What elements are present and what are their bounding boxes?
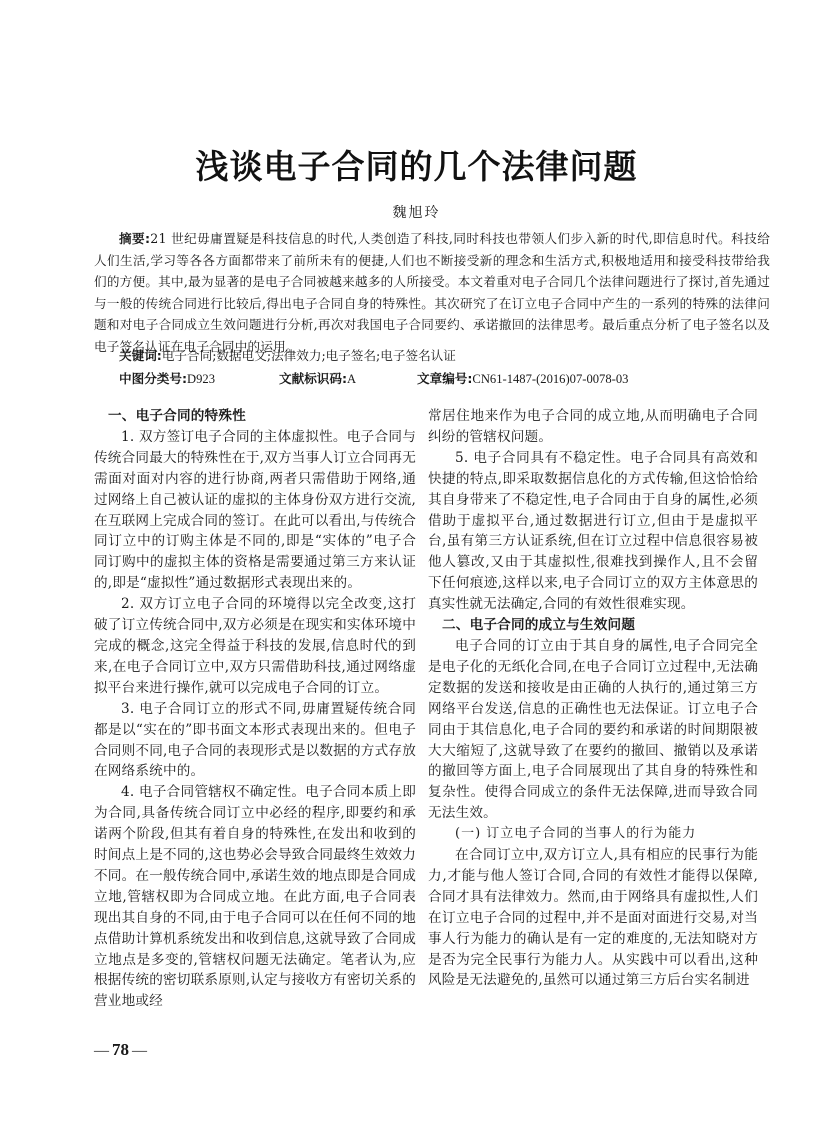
clc-number: 中图分类号:D923 (119, 369, 279, 389)
paragraph: 4. 电子合同管辖权不确定性。电子合同本质上即为合同,具备传统合同订立中必经的程… (94, 782, 416, 1012)
page-number: —78— (94, 1040, 147, 1060)
document-code: 文献标识码:A (279, 369, 417, 389)
subsection-heading: (一) 订立电子合同的当事人的行为能力 (428, 824, 758, 845)
paragraph: 电子合同的订立由于其自身的属性,电子合同完全是电子化的无纸化合同,在电子合同订立… (428, 636, 758, 824)
abstract: 摘要:21 世纪毋庸置疑是科技信息的时代,人类创造了科技,同时科技也带领人们步入… (94, 228, 770, 357)
keywords-label: 关键词: (119, 348, 162, 363)
paragraph: 3. 电子合同订立的形式不同,毋庸置疑传统合同都是以“实在的”即书面文本形式表现… (94, 699, 416, 783)
paragraph: 1. 双方签订电子合同的主体虚拟性。电子合同与传统合同最大的特殊性在于,双方当事… (94, 427, 416, 594)
article-title: 浅谈电子合同的几个法律问题 (0, 141, 833, 188)
right-column: 常居住地来作为电子合同的成立地,从而明确电子合同纠纷的管辖权问题。 5. 电子合… (428, 406, 758, 991)
section-heading-1: 一、电子合同的特殊性 (94, 406, 416, 427)
keywords-text: 电子合同;数据电文;法律效力;电子签名;电子签名认证 (162, 348, 456, 363)
abstract-label: 摘要: (119, 231, 150, 246)
section-heading-2: 二、电子合同的成立与生效问题 (428, 615, 758, 636)
classification-line: 中图分类号:D923 文献标识码:A 文章编号:CN61-1487-(2016)… (119, 369, 769, 389)
paragraph: 5. 电子合同具有不稳定性。电子合同具有高效和快捷的特点,即采取数据信息化的方式… (428, 448, 758, 615)
paragraph: 2. 双方订立电子合同的环境得以完全改变,这打破了订立传统合同中,双方必须是在现… (94, 594, 416, 699)
paragraph: 在合同订立中,双方订立人,具有相应的民事行为能力,才能与他人签订合同,合同的有效… (428, 845, 758, 991)
abstract-text: 21 世纪毋庸置疑是科技信息的时代,人类创造了科技,同时科技也带领人们步入新的时… (94, 231, 770, 354)
keywords: 关键词:电子合同;数据电文;法律效力;电子签名;电子签名认证 (119, 346, 769, 366)
left-column: 一、电子合同的特殊性 1. 双方签订电子合同的主体虚拟性。电子合同与传统合同最大… (94, 406, 416, 1012)
article-number: 文章编号:CN61-1487-(2016)07-0078-03 (417, 369, 628, 389)
article-author: 魏旭玲 (0, 202, 833, 222)
paragraph-continued: 常居住地来作为电子合同的成立地,从而明确电子合同纠纷的管辖权问题。 (428, 406, 758, 448)
